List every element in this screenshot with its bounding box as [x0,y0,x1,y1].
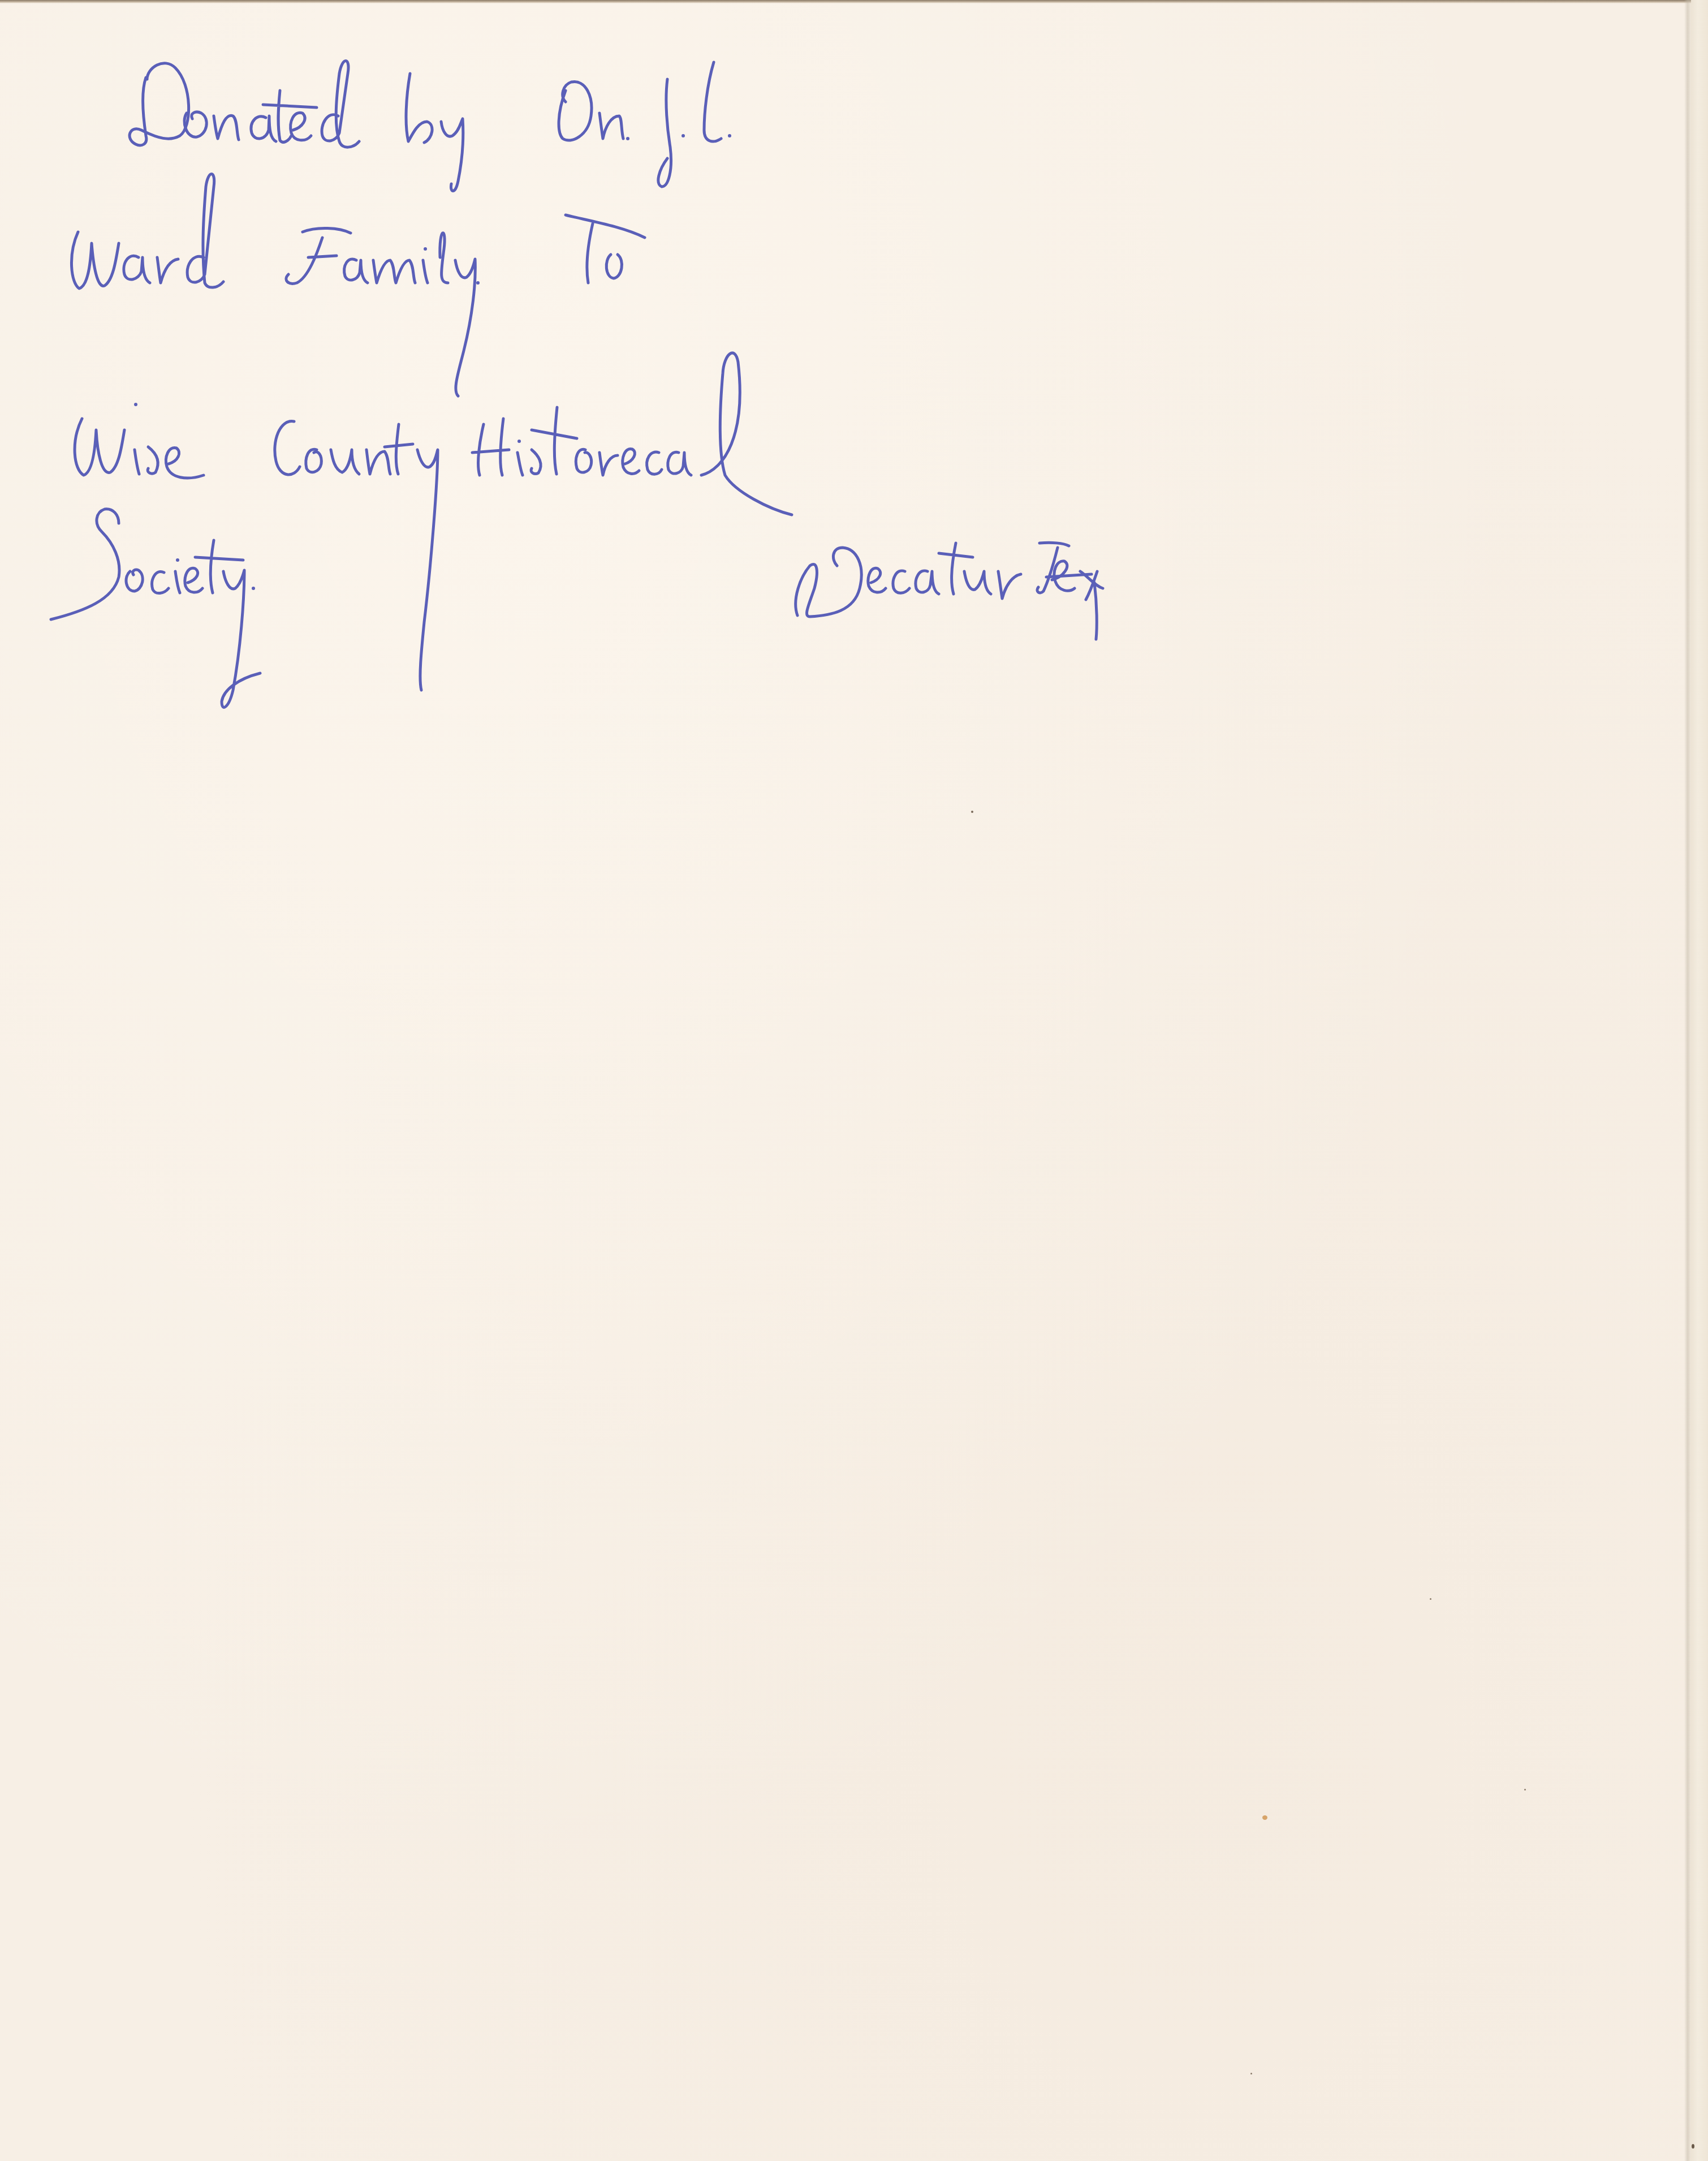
paper-speck [1692,2144,1694,2149]
ink-stroke-D [130,63,189,145]
paper-speck [1262,1815,1267,1820]
paper-speck [971,811,973,813]
paper-speck [1430,1598,1431,1600]
paper-speck [1250,2073,1252,2074]
paper-speck [1524,1789,1526,1790]
scanned-page: Donated by Dr. J. L. Ward Family. To Wis… [0,0,1708,2161]
handwritten-inscription [0,0,1708,735]
ink-strokes [0,0,1708,735]
